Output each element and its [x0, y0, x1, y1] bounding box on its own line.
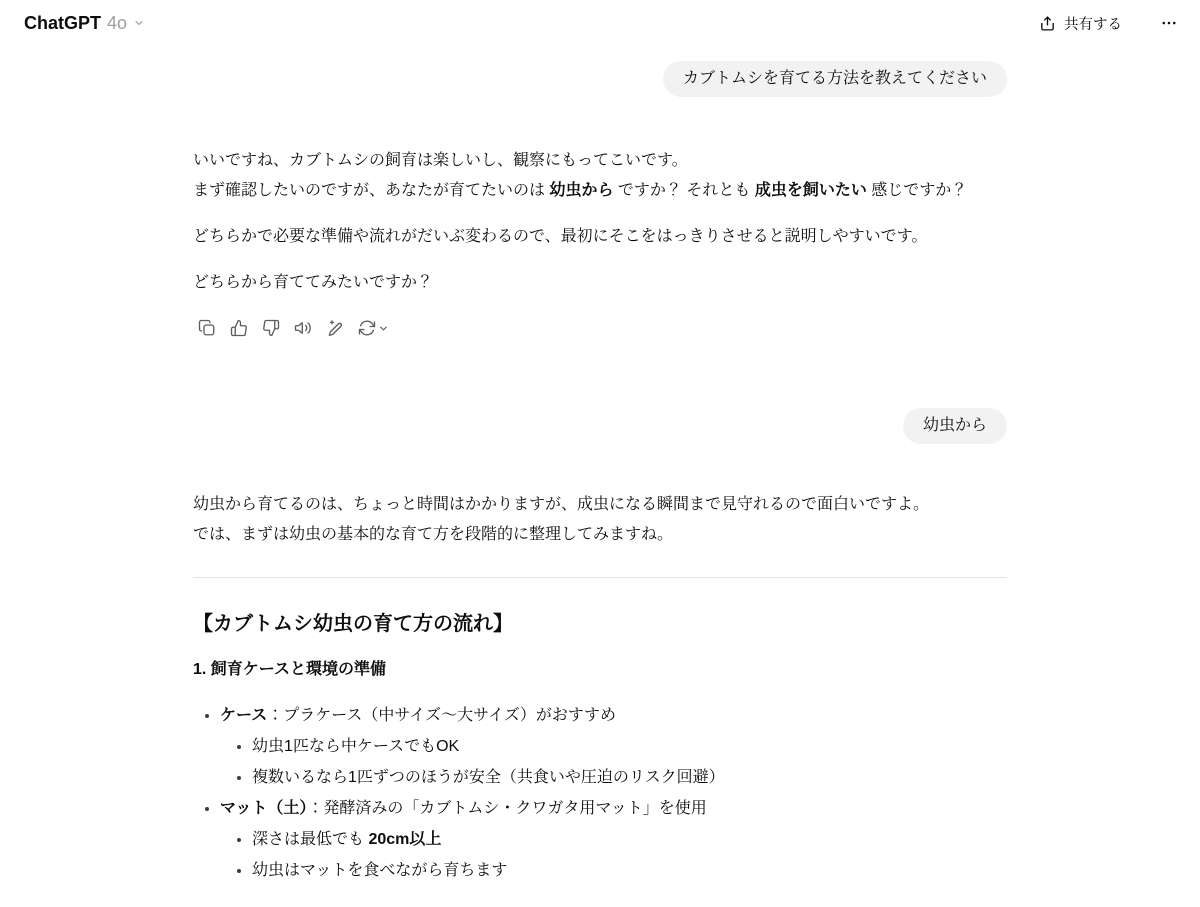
- user-message-bubble: カブトムシを育てる方法を教えてください: [663, 61, 1007, 97]
- user-message-row: 幼虫から: [193, 408, 1007, 444]
- chevron-down-icon: [378, 323, 389, 334]
- list-item-text: 幼虫はマットを食べながら育ちます: [252, 862, 507, 879]
- step-title: 1. 飼育ケースと環境の準備: [193, 655, 1007, 685]
- user-message-row: カブトムシを育てる方法を教えてください: [193, 61, 1007, 97]
- model-label: 4o: [107, 13, 127, 34]
- assistant-paragraph: 幼虫から育てるのは、ちょっと時間はかかりますが、成虫になる瞬間まで見守れるので面…: [193, 490, 1007, 550]
- share-icon: [1039, 15, 1056, 32]
- conversation: カブトムシを育てる方法を教えてください いいですね、カブトムシの飼育は楽しいし、…: [193, 61, 1007, 886]
- assistant-bold-text: 幼虫から: [549, 182, 613, 199]
- share-button[interactable]: 共有する: [1031, 7, 1130, 40]
- list-item-bold: マット（土）: [220, 800, 307, 817]
- read-aloud-button[interactable]: [289, 314, 317, 342]
- regenerate-icon: [358, 319, 376, 337]
- copy-icon: [198, 319, 216, 337]
- more-options-button[interactable]: [1156, 10, 1182, 36]
- header-actions: 共有する: [1031, 7, 1182, 40]
- top-bar: ChatGPT 4o 共有する: [0, 0, 1200, 40]
- edit-in-canvas-button[interactable]: [321, 314, 349, 342]
- list-item: 幼虫1匹なら中ケースでもOK: [252, 732, 1007, 762]
- bullet-sublist: 深さは最低でも 20cm以上 幼虫はマットを食べながら育ちます: [220, 825, 1007, 886]
- speaker-icon: [294, 319, 312, 337]
- assistant-message: 幼虫から育てるのは、ちょっと時間はかかりますが、成虫になる瞬間まで見守れるので面…: [193, 490, 1007, 886]
- list-item-bold: ケース: [220, 707, 267, 724]
- list-item-text: 深さは最低でも: [252, 831, 368, 848]
- assistant-paragraph: どちらから育ててみたいですか？: [193, 268, 1007, 298]
- regenerate-button[interactable]: [353, 314, 394, 342]
- thumbs-up-icon: [230, 319, 248, 337]
- ellipsis-icon: [1160, 14, 1178, 32]
- list-item: 複数いるなら1匹ずつのほうが安全（共食いや圧迫のリスク回避）: [252, 763, 1007, 793]
- list-item: 幼虫はマットを食べながら育ちます: [252, 856, 1007, 886]
- assistant-text: 幼虫から育てるのは、ちょっと時間はかかりますが、成虫になる瞬間まで見守れるので面…: [193, 496, 929, 513]
- list-item-text: ：発酵済みの「カブトムシ・クワガタ用マット」を使用: [307, 800, 706, 817]
- thumbs-down-icon: [262, 319, 280, 337]
- brand-title: ChatGPT: [24, 13, 101, 34]
- list-item-text: ：プラケース（中サイズ〜大サイズ）がおすすめ: [267, 707, 616, 724]
- list-item-text: 幼虫1匹なら中ケースでもOK: [252, 738, 459, 755]
- assistant-paragraph: どちらかで必要な準備や流れがだいぶ変わるので、最初にそこをはっきりさせると説明し…: [193, 222, 1007, 252]
- share-label: 共有する: [1064, 13, 1122, 34]
- assistant-bold-text: 成虫を飼いたい: [755, 182, 867, 199]
- assistant-text: ですか？ それとも: [613, 182, 754, 199]
- section-divider: [193, 577, 1007, 578]
- good-response-button[interactable]: [225, 314, 253, 342]
- assistant-message: いいですね、カブトムシの飼育は楽しいし、観察にもってこいです。 まず確認したいの…: [193, 146, 1007, 342]
- list-item-bold: 20cm以上: [368, 831, 441, 848]
- list-item: 深さは最低でも 20cm以上: [252, 825, 1007, 855]
- edit-pencil-icon: [326, 319, 344, 337]
- list-item: マット（土）：発酵済みの「カブトムシ・クワガタ用マット」を使用 深さは最低でも …: [220, 794, 1007, 886]
- bullet-sublist: 幼虫1匹なら中ケースでもOK 複数いるなら1匹ずつのほうが安全（共食いや圧迫のリ…: [220, 732, 1007, 793]
- list-item: ケース：プラケース（中サイズ〜大サイズ）がおすすめ 幼虫1匹なら中ケースでもOK…: [220, 701, 1007, 793]
- user-message-bubble: 幼虫から: [903, 408, 1007, 444]
- section-heading: 【カブトムシ幼虫の育て方の流れ】: [193, 609, 1007, 639]
- chevron-down-icon: [133, 17, 145, 29]
- assistant-text: いいですね、カブトムシの飼育は楽しいし、観察にもってこいです。: [193, 152, 688, 169]
- assistant-text: まず確認したいのですが、あなたが育てたいのは: [193, 182, 549, 199]
- model-switcher[interactable]: ChatGPT 4o: [18, 9, 151, 38]
- assistant-text: では、まずは幼虫の基本的な育て方を段階的に整理してみますね。: [193, 526, 673, 543]
- list-item-text: 複数いるなら1匹ずつのほうが安全（共食いや圧迫のリスク回避）: [252, 769, 725, 786]
- assistant-paragraph: いいですね、カブトムシの飼育は楽しいし、観察にもってこいです。 まず確認したいの…: [193, 146, 1007, 206]
- copy-button[interactable]: [193, 314, 221, 342]
- assistant-text: 感じですか？: [867, 182, 967, 199]
- bullet-list: ケース：プラケース（中サイズ〜大サイズ）がおすすめ 幼虫1匹なら中ケースでもOK…: [193, 701, 1007, 886]
- bad-response-button[interactable]: [257, 314, 285, 342]
- message-actions: [193, 314, 1007, 342]
